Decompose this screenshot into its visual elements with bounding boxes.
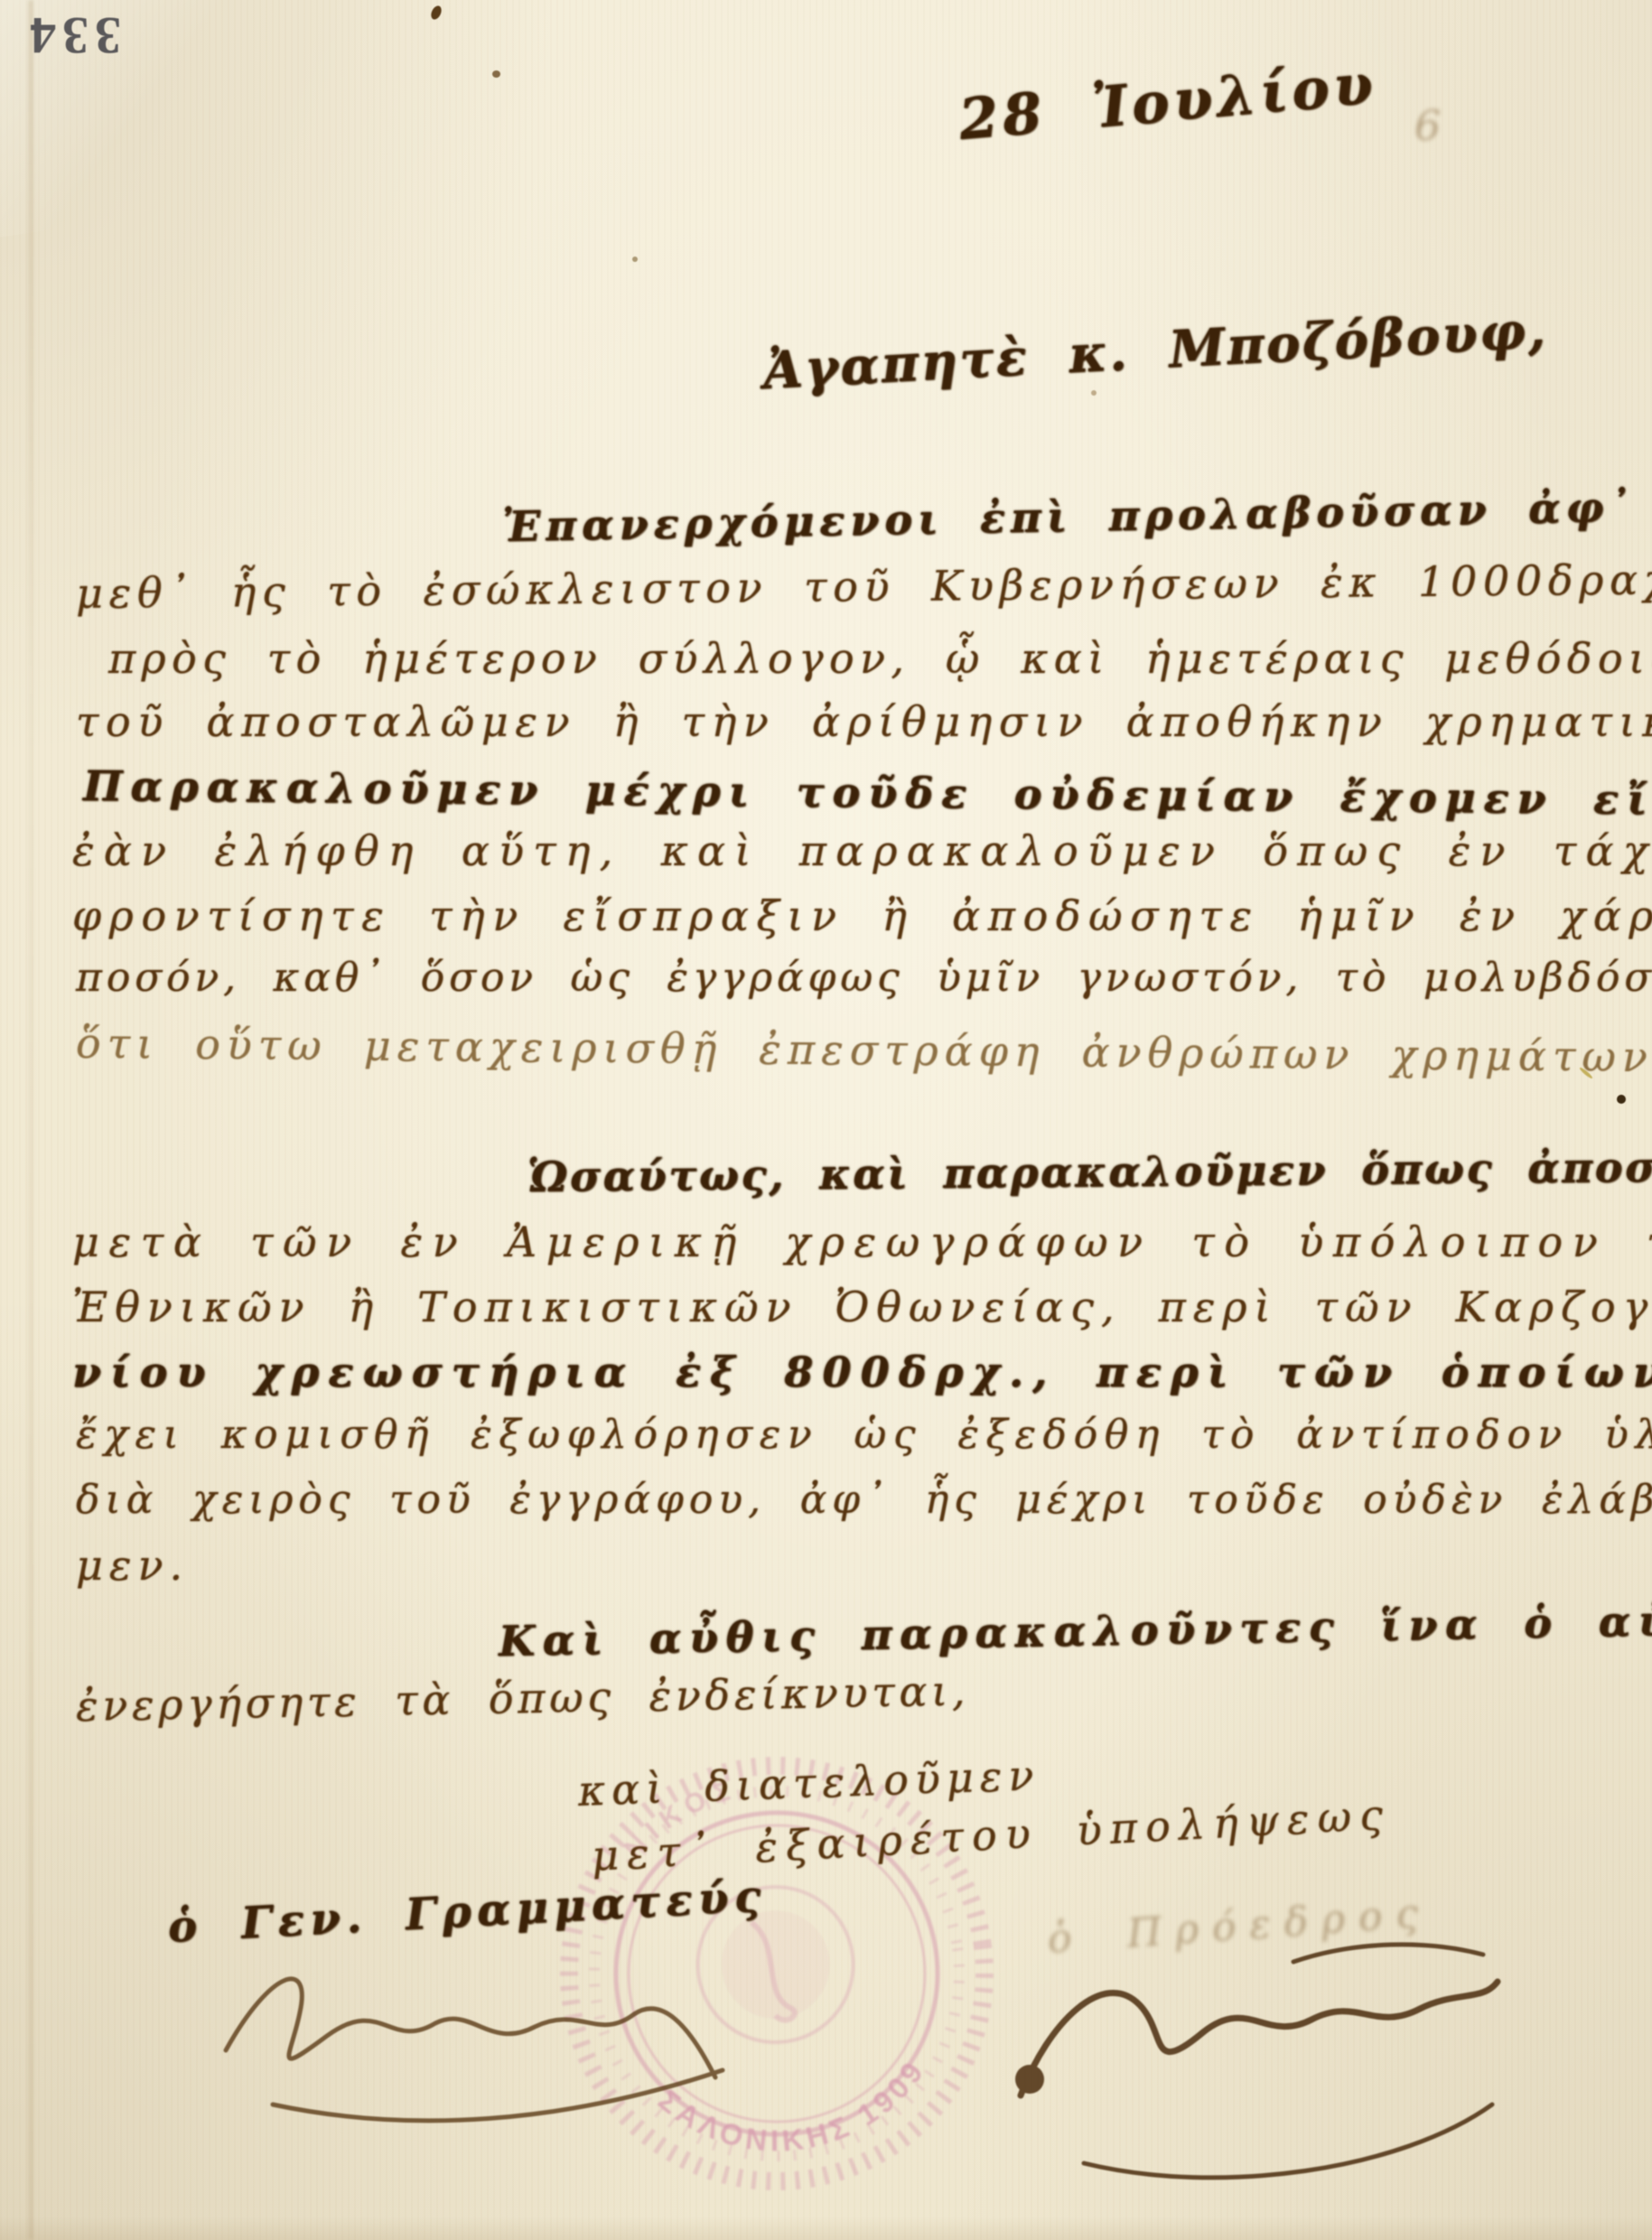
president-signature [1015,1945,1498,2178]
letter-page: 334 ΝΙΚΟΣ ΣΑΛΟΝΙΚΗΣ 1909 - Σ 28 Ἰουλίου6… [0,0,1652,2240]
secretary-signature [226,1979,723,2121]
signatures-layer [0,0,1652,2240]
